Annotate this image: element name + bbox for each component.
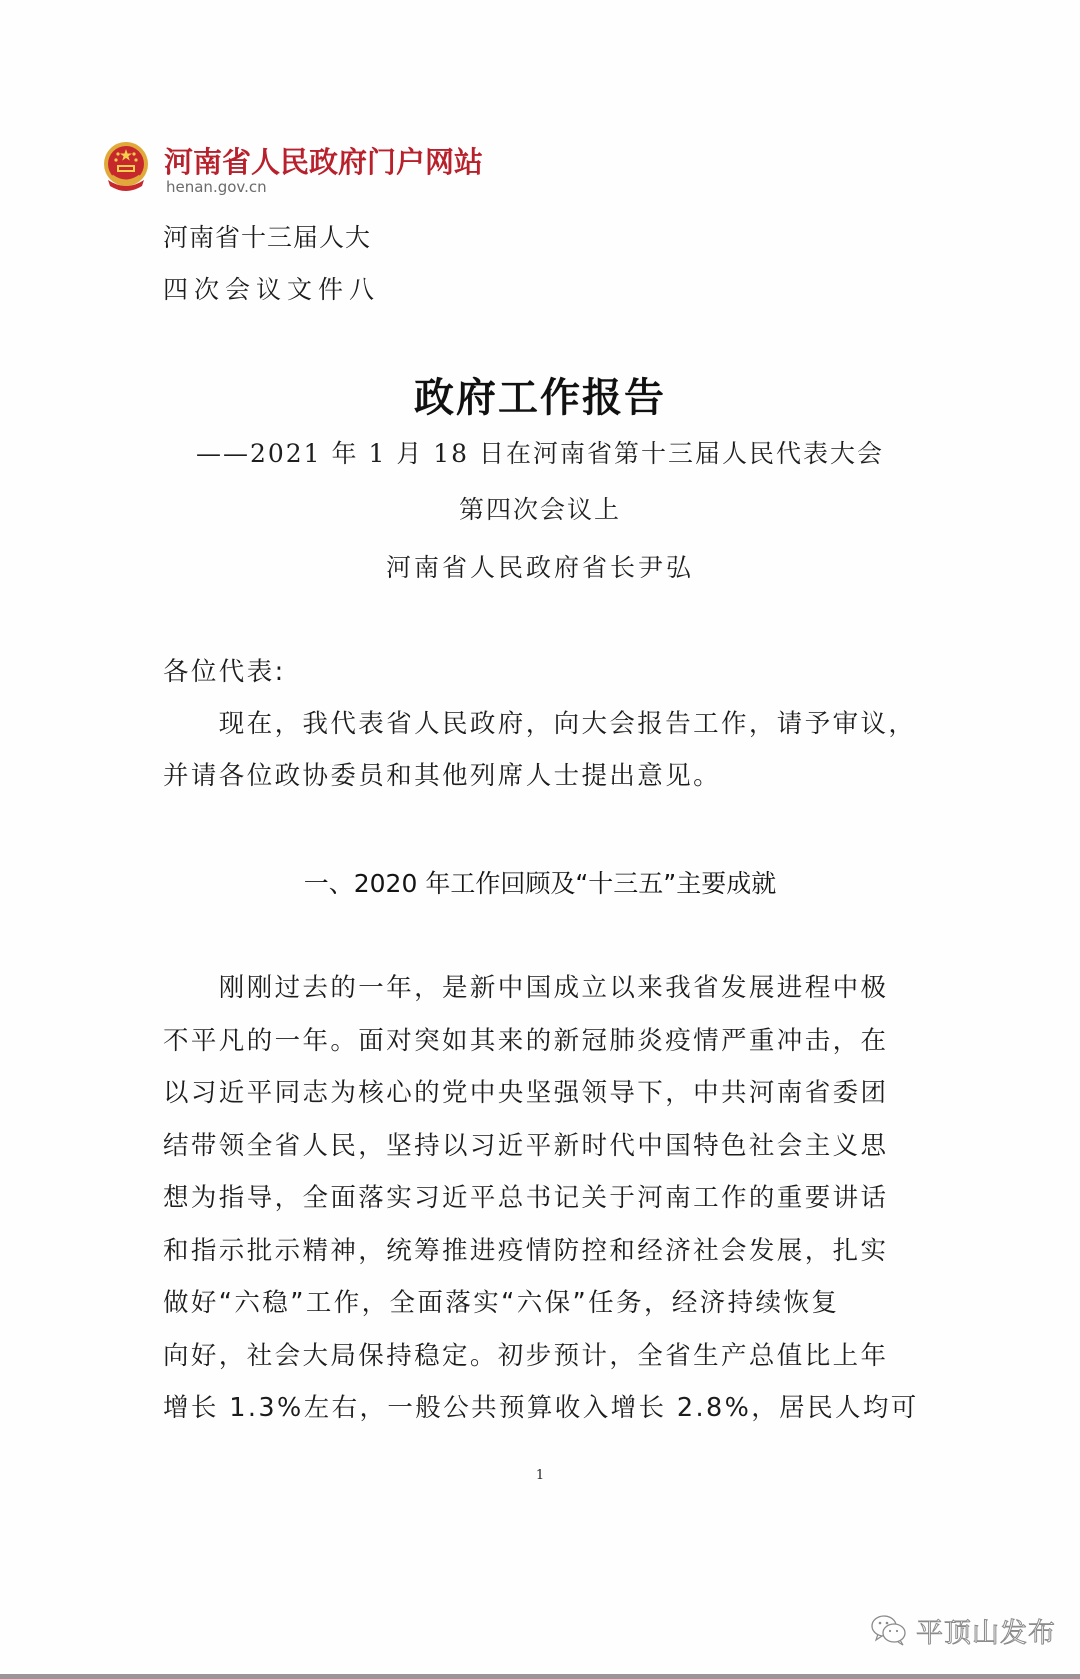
- bottom-edge-bar: [0, 1674, 1080, 1679]
- watermark: 平顶山发布: [870, 1610, 1056, 1650]
- paragraph-line: 做好“六稳”工作，全面落实“六保”任务，经济持续恢复: [163, 1283, 915, 1319]
- paragraph-line: 不平凡的一年。面对突如其来的新冠肺炎疫情严重冲击，在: [163, 1021, 915, 1057]
- paragraph-line: 以习近平同志为核心的党中央坚强领导下，中共河南省委团: [163, 1073, 915, 1109]
- watermark-text: 平顶山发布: [916, 1611, 1056, 1650]
- paragraph-line: 并请各位政协委员和其他列席人士提出意见。: [163, 756, 915, 792]
- section-heading: 一、2020 年工作回顾及“十三五”主要成就: [0, 864, 1080, 900]
- paragraph-line: 和指示批示精神，统筹推进疫情防控和经济社会发展，扎实: [163, 1231, 915, 1267]
- subtitle-date-line: ——2021 年 1 月 18 日在河南省第十三届人民代表大会: [0, 434, 1080, 470]
- paragraph-line: 结带领全省人民，坚持以习近平新时代中国特色社会主义思: [163, 1126, 915, 1162]
- wechat-icon: [870, 1612, 908, 1648]
- document-meta-line1: 河南省十三届人大: [163, 218, 371, 254]
- document-title: 政府工作报告: [0, 366, 1080, 423]
- subtitle-author-line: 河南省人民政府省长尹弘: [0, 548, 1080, 584]
- site-title: 河南省人民政府门户网站: [164, 140, 483, 181]
- document-meta-line2: 四次会议文件八: [163, 270, 380, 306]
- paragraph-line: 增长 1.3%左右，一般公共预算收入增长 2.8%，居民人均可: [163, 1388, 915, 1424]
- paragraph-line: 刚刚过去的一年，是新中国成立以来我省发展进程中极: [163, 968, 915, 1004]
- page-number: 1: [0, 1468, 1080, 1483]
- subtitle-session-line: 第四次会议上: [0, 490, 1080, 526]
- paragraph-line: 想为指导，全面落实习近平总书记关于河南工作的重要讲话: [163, 1178, 915, 1214]
- site-logo: 河南省人民政府门户网站 henan.gov.cn: [102, 138, 502, 200]
- site-domain: henan.gov.cn: [166, 178, 267, 196]
- national-emblem-icon: [102, 140, 150, 196]
- salutation: 各位代表:: [163, 652, 915, 688]
- paragraph-line: 向好，社会大局保持稳定。初步预计，全省生产总值比上年: [163, 1336, 915, 1372]
- paragraph-line: 现在，我代表省人民政府，向大会报告工作，请予审议，: [163, 704, 915, 740]
